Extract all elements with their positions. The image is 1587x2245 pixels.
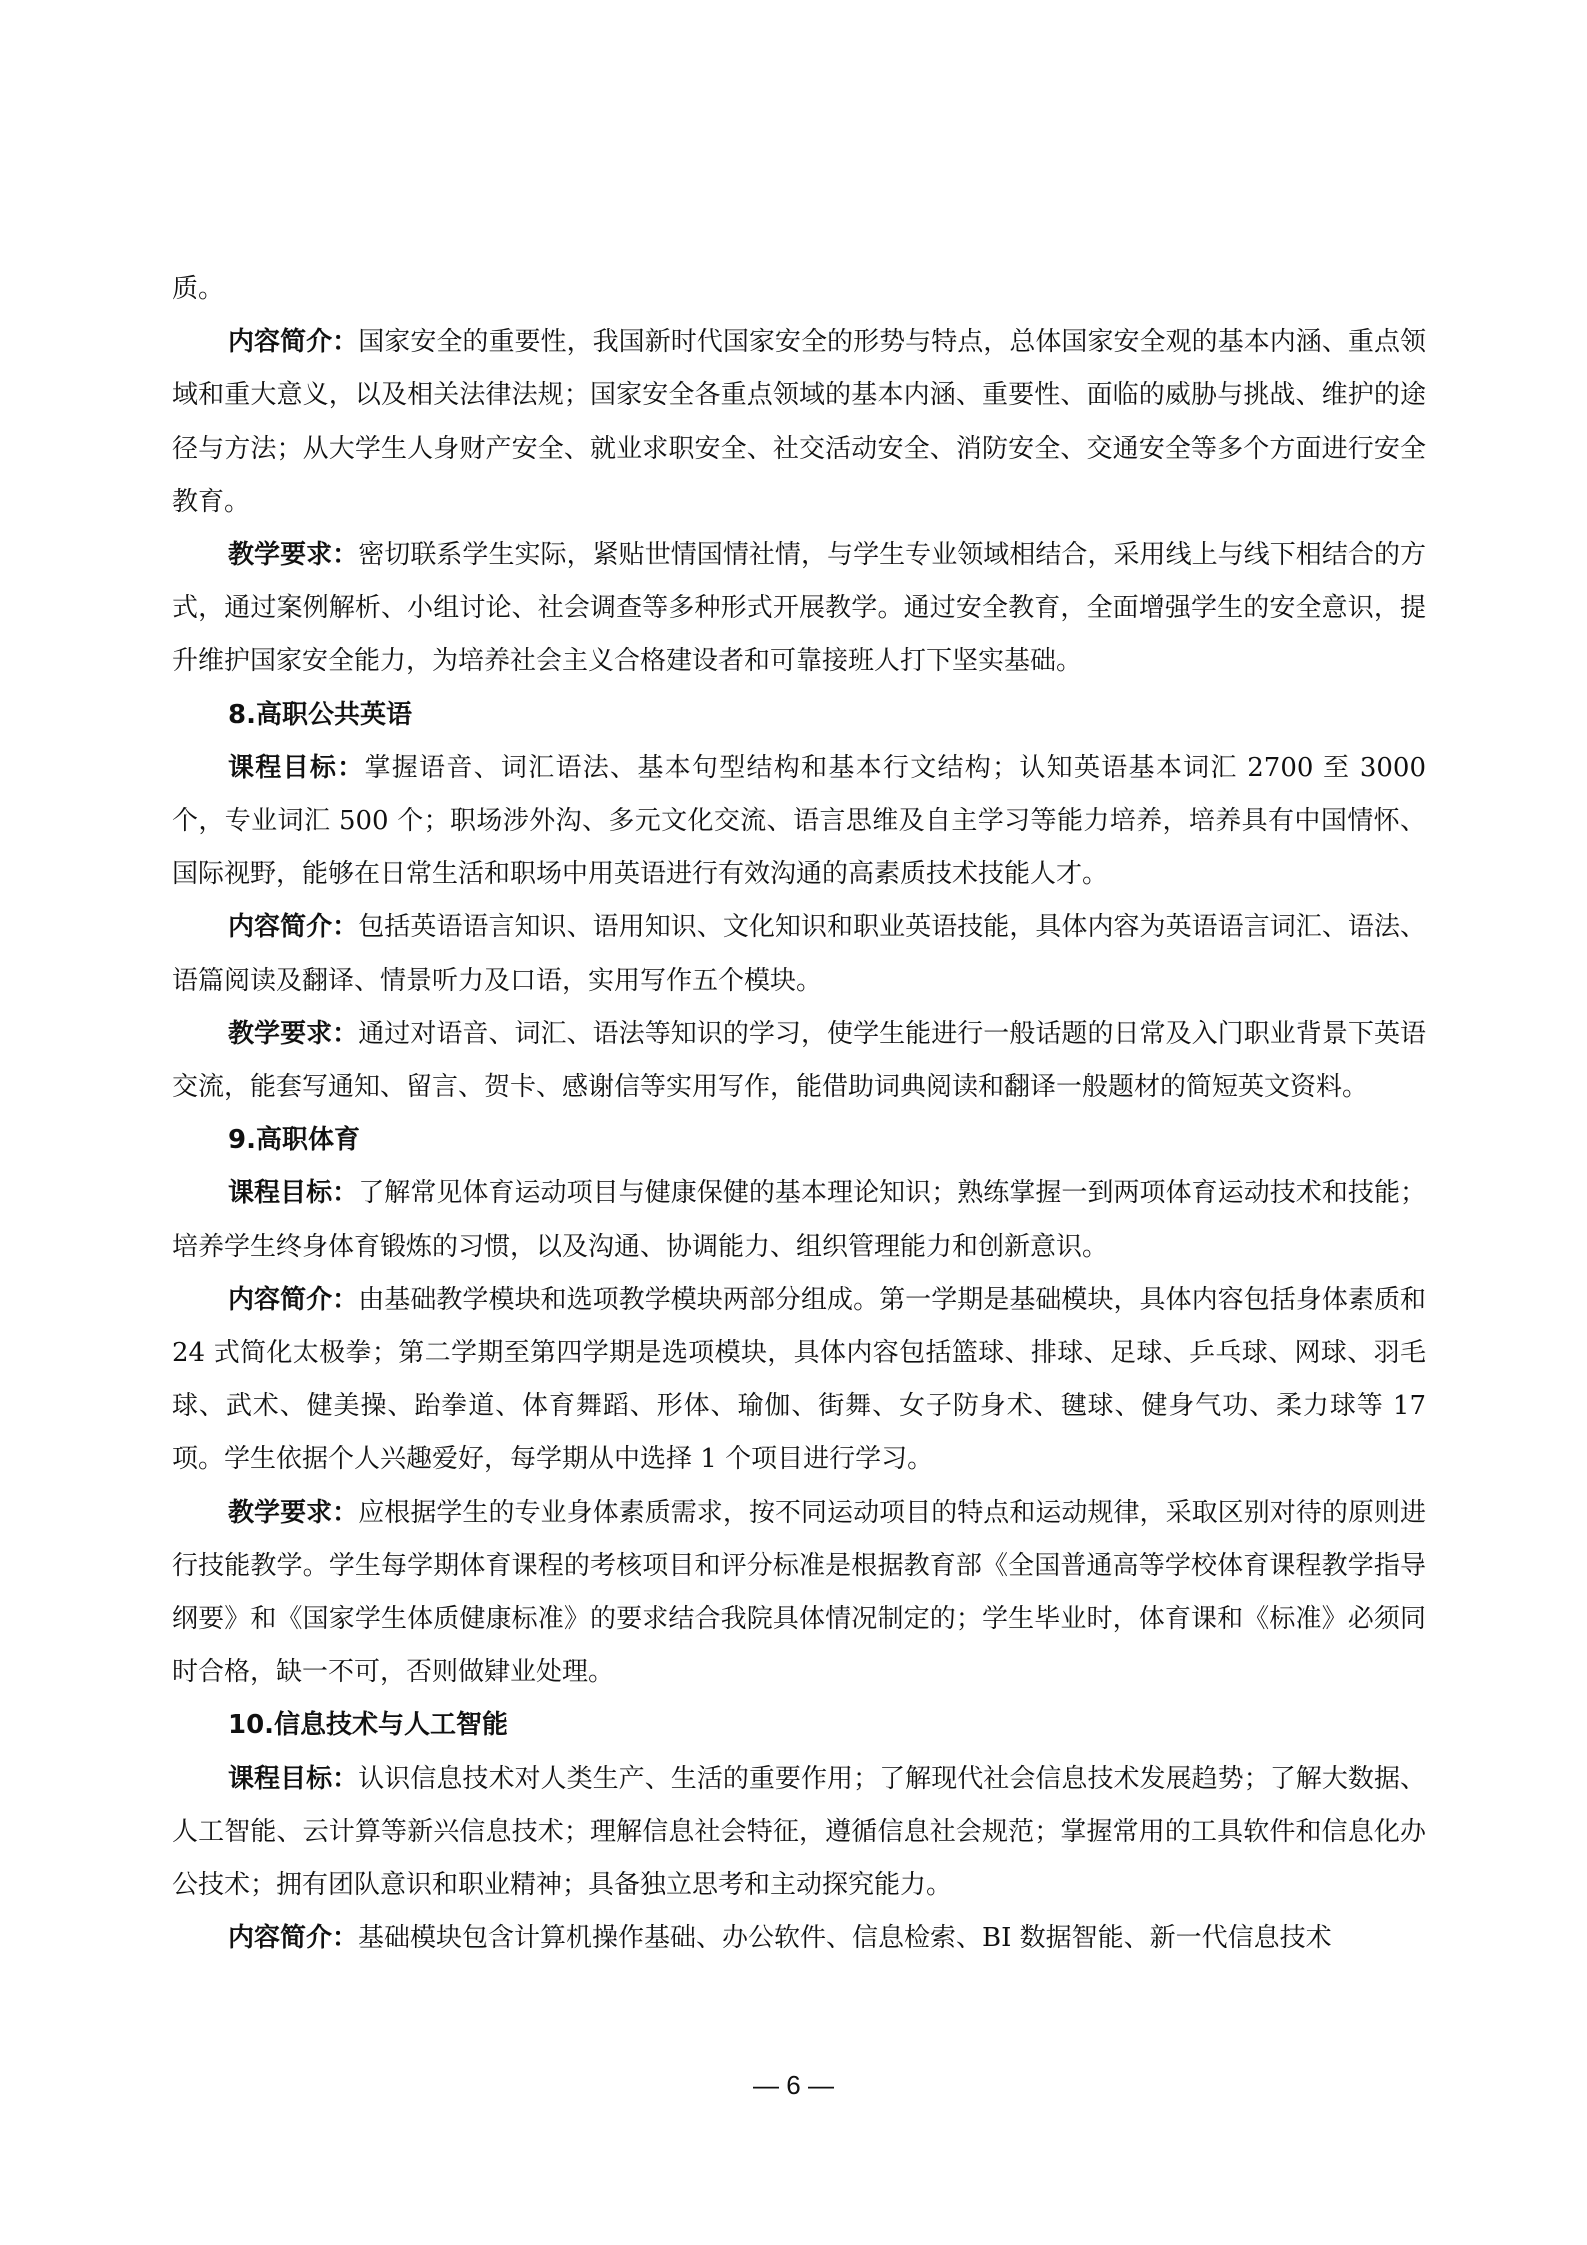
goal-label: 课程目标： bbox=[228, 1178, 358, 1208]
section9-teaching-paragraph: 教学要求：应根据学生的专业身体素质需求，按不同运动项目的特点和运动规律，采取区别… bbox=[172, 1487, 1426, 1700]
content-label: 内容简介： bbox=[228, 327, 358, 357]
teaching-text: 应根据学生的专业身体素质需求，按不同运动项目的特点和运动规律，采取区别对待的原则… bbox=[172, 1498, 1426, 1688]
content-label: 内容简介： bbox=[228, 1923, 358, 1953]
goal-text: 了解常见体育运动项目与健康保健的基本理论知识；熟练掌握一到两项体育运动技术和技能… bbox=[172, 1178, 1426, 1261]
section8-goal-paragraph: 课程目标：掌握语音、词汇语法、基本句型结构和基本行文结构；认知英语基本词汇 27… bbox=[172, 742, 1426, 902]
teaching-text: 密切联系学生实际，紧贴世情国情社情，与学生专业领域相结合，采用线上与线下相结合的… bbox=[172, 540, 1426, 676]
section7-content-paragraph: 内容简介：国家安全的重要性，我国新时代国家安全的形势与特点，总体国家安全观的基本… bbox=[172, 316, 1426, 529]
section8-teaching-paragraph: 教学要求：通过对语音、词汇、语法等知识的学习，使学生能进行一般话题的日常及入门职… bbox=[172, 1008, 1426, 1114]
section9-content-paragraph: 内容简介：由基础教学模块和选项教学模块两部分组成。第一学期是基础模块，具体内容包… bbox=[172, 1274, 1426, 1487]
content-label: 内容简介： bbox=[228, 912, 358, 942]
teaching-label: 教学要求： bbox=[228, 1019, 358, 1049]
content-text: 基础模块包含计算机操作基础、办公软件、信息检索、BI 数据智能、新一代信息技术 bbox=[358, 1923, 1332, 1953]
section7-teaching-paragraph: 教学要求：密切联系学生实际，紧贴世情国情社情，与学生专业领域相结合，采用线上与线… bbox=[172, 529, 1426, 689]
section8-content-paragraph: 内容简介：包括英语语言知识、语用知识、文化知识和职业英语技能，具体内容为英语语言… bbox=[172, 901, 1426, 1007]
section9-heading: 9.高职体育 bbox=[172, 1114, 1426, 1167]
document-page: 质。 内容简介：国家安全的重要性，我国新时代国家安全的形势与特点，总体国家安全观… bbox=[172, 263, 1426, 1966]
content-text: 包括英语语言知识、语用知识、文化知识和职业英语技能，具体内容为英语语言词汇、语法… bbox=[172, 912, 1426, 995]
content-text: 由基础教学模块和选项教学模块两部分组成。第一学期是基础模块，具体内容包括身体素质… bbox=[172, 1285, 1426, 1475]
goal-label: 课程目标： bbox=[228, 1764, 358, 1794]
section10-content-paragraph: 内容简介：基础模块包含计算机操作基础、办公软件、信息检索、BI 数据智能、新一代… bbox=[172, 1912, 1426, 1965]
teaching-label: 教学要求： bbox=[228, 540, 358, 570]
section9-goal-paragraph: 课程目标：了解常见体育运动项目与健康保健的基本理论知识；熟练掌握一到两项体育运动… bbox=[172, 1167, 1426, 1273]
content-text: 国家安全的重要性，我国新时代国家安全的形势与特点，总体国家安全观的基本内涵、重点… bbox=[172, 327, 1426, 517]
continuation-text: 质。 bbox=[172, 263, 1426, 316]
page-number: — 6 — bbox=[0, 2070, 1587, 2101]
goal-label: 课程目标： bbox=[228, 753, 364, 783]
section10-goal-paragraph: 课程目标：认识信息技术对人类生产、生活的重要作用；了解现代社会信息技术发展趋势；… bbox=[172, 1753, 1426, 1913]
teaching-text: 通过对语音、词汇、语法等知识的学习，使学生能进行一般话题的日常及入门职业背景下英… bbox=[172, 1019, 1426, 1102]
content-label: 内容简介： bbox=[228, 1285, 358, 1315]
section10-heading: 10.信息技术与人工智能 bbox=[172, 1699, 1426, 1752]
teaching-label: 教学要求： bbox=[228, 1498, 358, 1528]
goal-text: 认识信息技术对人类生产、生活的重要作用；了解现代社会信息技术发展趋势；了解大数据… bbox=[172, 1764, 1426, 1900]
section8-heading: 8.高职公共英语 bbox=[172, 689, 1426, 742]
